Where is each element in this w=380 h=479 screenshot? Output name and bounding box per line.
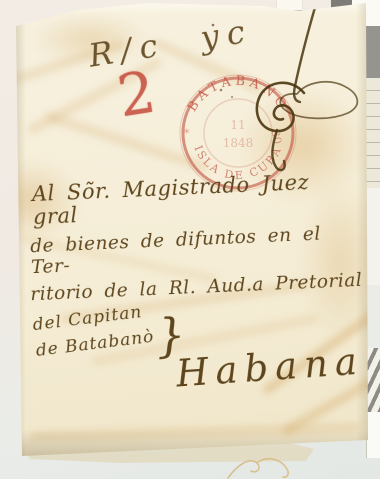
- paper-edge-highlight: [16, 0, 368, 15]
- stampless-cover: R/c yc 2 BATABANO ISLA DE CUBA * 30 11: [0, 0, 380, 479]
- paper-edge-shadow: [14, 20, 26, 460]
- address-line: Al Sõr. Magistrado Juez gral: [31, 169, 361, 229]
- datestamp-ornament: *: [184, 127, 190, 140]
- address-line: de bienes de difuntos en el Ter-: [30, 223, 363, 278]
- cover-photo: R/c yc 2 BATABANO ISLA DE CUBA * 30 11: [0, 0, 380, 479]
- destination-habana: Habana: [175, 339, 366, 395]
- background-white-strip: [366, 412, 380, 458]
- address-block: Al Sõr. Magistrado Juez gral de bienes d…: [25, 169, 364, 306]
